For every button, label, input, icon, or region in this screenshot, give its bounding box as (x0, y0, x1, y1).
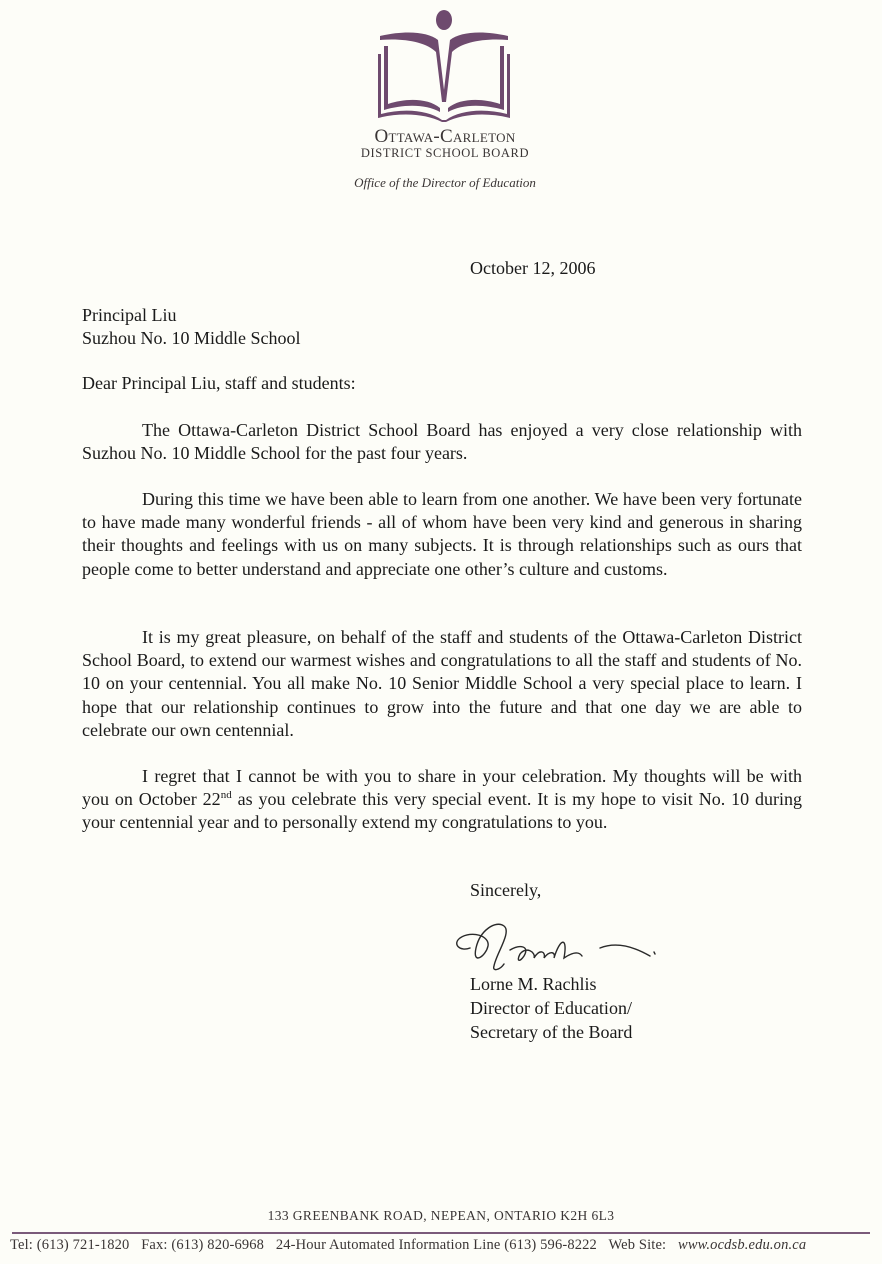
ordinal-suffix: nd (221, 789, 232, 801)
closing: Sincerely, (470, 880, 541, 901)
footer-contact: Tel: (613) 721-1820 Fax: (613) 820-6968 … (10, 1237, 822, 1254)
letter-date: October 12, 2006 (470, 258, 595, 279)
recipient-block: Principal Liu Suzhou No. 10 Middle Schoo… (82, 304, 301, 350)
signer-title: Secretary of the Board (470, 1020, 632, 1044)
footer-web-label: Web Site: (608, 1237, 666, 1253)
signature-icon (450, 918, 660, 974)
open-book-person-icon (376, 10, 512, 122)
org-name: Ottawa-Carleton (340, 126, 550, 148)
salutation: Dear Principal Liu, staff and students: (82, 373, 356, 394)
footer-info-line: 24-Hour Automated Information Line (613)… (276, 1237, 597, 1253)
org-subtitle: DISTRICT SCHOOL BOARD (340, 146, 550, 161)
signer-title: Director of Education/ (470, 996, 632, 1020)
footer-tel: Tel: (613) 721-1820 (10, 1237, 129, 1253)
footer-fax: Fax: (613) 820-6968 (141, 1237, 264, 1253)
paragraph: The Ottawa-Carleton District School Boar… (82, 419, 802, 465)
footer-address: 133 GREENBANK ROAD, NEPEAN, ONTARIO K2H … (0, 1208, 882, 1224)
paragraph: I regret that I cannot be with you to sh… (82, 765, 802, 835)
paragraph: During this time we have been able to le… (82, 488, 802, 581)
footer-divider (12, 1232, 870, 1234)
office-title: Office of the Director of Education (320, 175, 570, 191)
paragraph: It is my great pleasure, on behalf of th… (82, 626, 802, 742)
signer-name: Lorne M. Rachlis (470, 972, 632, 996)
footer-web: Web Site: www.ocdsb.edu.on.ca (608, 1237, 814, 1253)
recipient-name: Principal Liu (82, 304, 301, 327)
signer-block: Lorne M. Rachlis Director of Education/ … (470, 972, 632, 1044)
footer-web-url[interactable]: www.ocdsb.edu.on.ca (678, 1237, 806, 1253)
recipient-school: Suzhou No. 10 Middle School (82, 327, 301, 350)
